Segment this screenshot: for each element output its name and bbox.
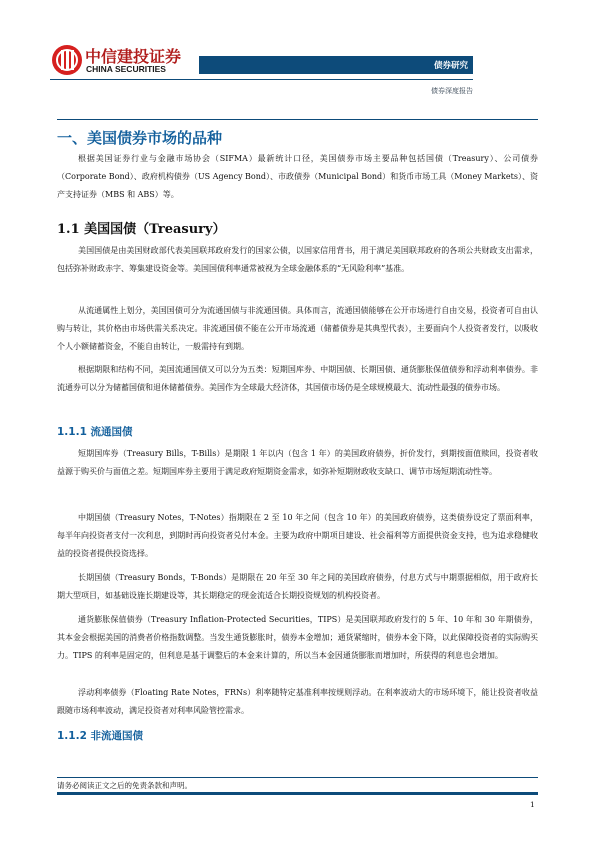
intro-paragraph: 根据美国证券行业与金融市场协会（SIFMA）最新统计口径，美国债券市场主要品种包… — [57, 150, 538, 204]
report-type: 债券深度报告 — [431, 86, 473, 96]
paragraph: 中期国债（Treasury Notes，T-Notes）指期限在 2 至 10 … — [57, 509, 538, 563]
category-banner: 债券研究 — [199, 56, 473, 74]
subsection-title-1-1-2: 1.1.2 非流通国债 — [57, 728, 143, 743]
paragraph: 从流通属性上划分，美国国债可分为流通国债与非流通国债。具体而言，流通国债能够在公… — [57, 302, 538, 356]
subsection-title-1-1-1: 1.1.1 流通国债 — [57, 424, 133, 439]
section-divider — [57, 119, 538, 120]
header-divider — [50, 79, 473, 80]
paragraph: 美国国债是由美国财政部代表美国联邦政府发行的国家公债，以国家信用背书，用于满足美… — [57, 242, 538, 278]
section-title: 一、美国债券市场的品种 — [57, 127, 222, 148]
footer-bar — [57, 792, 538, 795]
paragraph: 根据期限和结构不同，美国流通国债又可以分为五类：短期国库券、中期国债、长期国债、… — [57, 361, 538, 397]
footer-disclaimer: 请务必阅读正文之后的免责条款和声明。 — [57, 780, 192, 791]
paragraph: 通货膨胀保值债券（Treasury Inflation-Protected Se… — [57, 611, 538, 665]
footer-divider — [57, 777, 538, 778]
category-label: 债券研究 — [434, 59, 468, 71]
citic-logo-icon — [52, 45, 82, 75]
paragraph: 浮动利率债券（Floating Rate Notes，FRNs）利率随特定基准利… — [57, 684, 538, 720]
page-number: 1 — [530, 800, 535, 809]
paragraph: 长期国债（Treasury Bonds，T-Bonds）是期限在 20 年至 3… — [57, 569, 538, 605]
subsection-title-1-1: 1.1 美国国债（Treasury） — [57, 218, 226, 237]
company-logo: 中信建投证券 CHINA SECURITIES — [52, 44, 172, 78]
paragraph: 短期国库券（Treasury Bills，T-Bills）是期限 1 年以内（包… — [57, 445, 538, 481]
logo-name-en: CHINA SECURITIES — [86, 64, 166, 74]
